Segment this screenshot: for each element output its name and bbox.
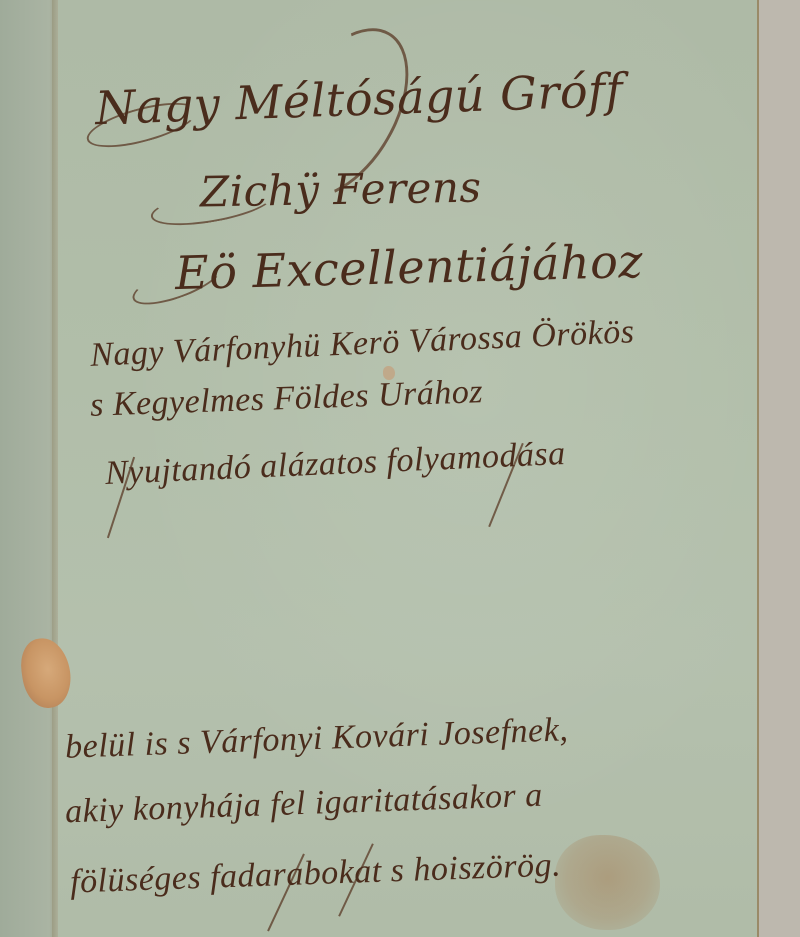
page-fold-edge <box>52 0 58 937</box>
address-line-2: Zichÿ Ferens <box>200 163 482 217</box>
binding-cover <box>0 0 58 937</box>
ink-blot-stain-icon <box>555 835 660 930</box>
